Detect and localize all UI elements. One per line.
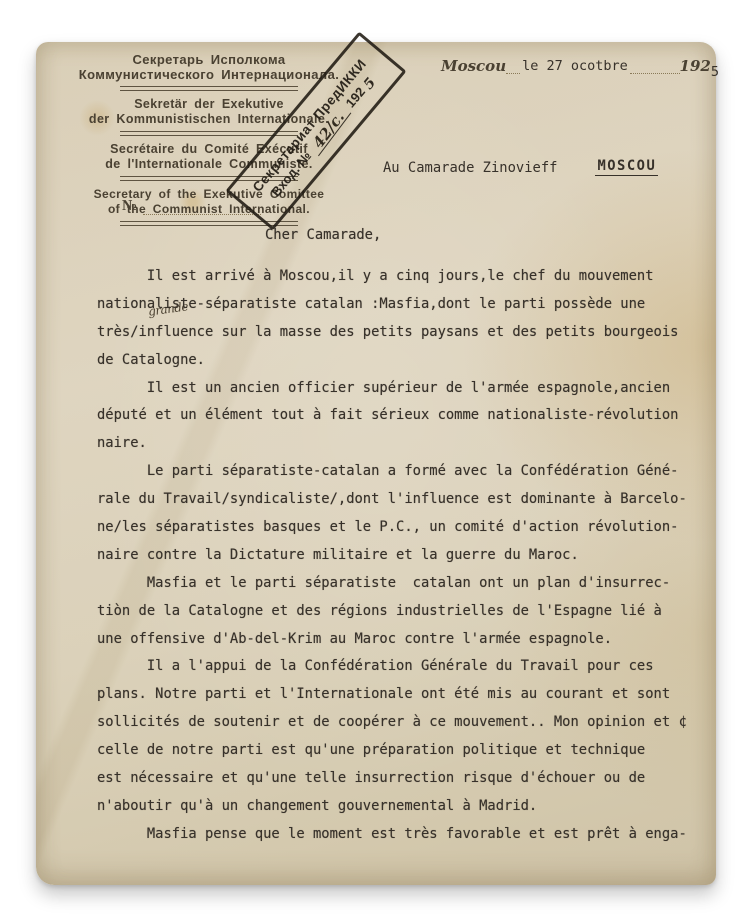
document-paper: Секретарь Исполкома Коммунистического Ин… <box>36 42 716 885</box>
body-line: nationaliste-séparatiste catalan :Masfia… <box>97 291 697 319</box>
typed-date: le 27 ocotbre <box>520 58 630 74</box>
salutation: Cher Camarade, <box>265 227 381 243</box>
body-line: Masfia et le parti séparatiste catalan o… <box>97 570 697 598</box>
body-line: de Catalogne. <box>97 347 697 375</box>
body-line: rale du Travail/syndicaliste/,dont l'inf… <box>97 486 697 514</box>
dotted-leader <box>630 60 680 74</box>
body-line: est nécessaire et qu'une telle insurrect… <box>97 765 697 793</box>
double-rule <box>120 86 298 91</box>
number-sign-label: № <box>122 198 137 215</box>
body-line: ne/les séparatistes basques et le P.C., … <box>97 514 697 542</box>
body-line: Il a l'appui de la Confédération Général… <box>97 653 697 681</box>
body-line: Il est un ancien officier supérieur de l… <box>97 375 697 403</box>
body-line: Il est arrivé à Moscou,il y a cinq jours… <box>97 263 697 291</box>
date-line: Moscou le 27 ocotbre 192 5 <box>441 58 719 74</box>
body-line: tiòn de la Catalogne et des régions indu… <box>97 598 697 626</box>
body-line: très/influence sur la masse des petits p… <box>97 319 697 347</box>
addressee-city: MOSCOU <box>595 158 658 176</box>
letterhead-line: Коммунистического Интернационала. <box>58 67 360 82</box>
body-line: naire. <box>97 430 697 458</box>
body-line: naire contre la Dictature militaire et l… <box>97 542 697 570</box>
addressee-name: Au Camarade Zinovieff <box>383 160 557 176</box>
body-line: sollicités de soutenir et de coopérer à … <box>97 709 697 737</box>
body-line: Le parti séparatiste-catalan a formé ave… <box>97 458 697 486</box>
body-line: plans. Notre parti et l'Internationale o… <box>97 681 697 709</box>
body-line: une offensive d'Ab-del-Krim au Maroc con… <box>97 626 697 654</box>
year-printed-label: 192 <box>680 58 711 74</box>
letter-body: Il est arrivé à Moscou,il y a cinq jours… <box>97 263 697 849</box>
body-line: celle de notre parti est qu'une préparat… <box>97 737 697 765</box>
body-line: n'aboutir qu'à un changement gouvernemen… <box>97 793 697 821</box>
addressee-line: Au Camarade Zinovieff MOSCOU <box>383 158 658 176</box>
typed-year-digit: 5 <box>711 64 719 80</box>
body-line: député et un élément tout à fait sérieux… <box>97 402 697 430</box>
city-printed-label: Moscou <box>441 58 506 74</box>
body-line: Masfia pense que le moment est très favo… <box>97 821 697 849</box>
letterhead-line: Секретарь Исполкома <box>58 52 360 67</box>
dotted-leader <box>506 60 520 74</box>
